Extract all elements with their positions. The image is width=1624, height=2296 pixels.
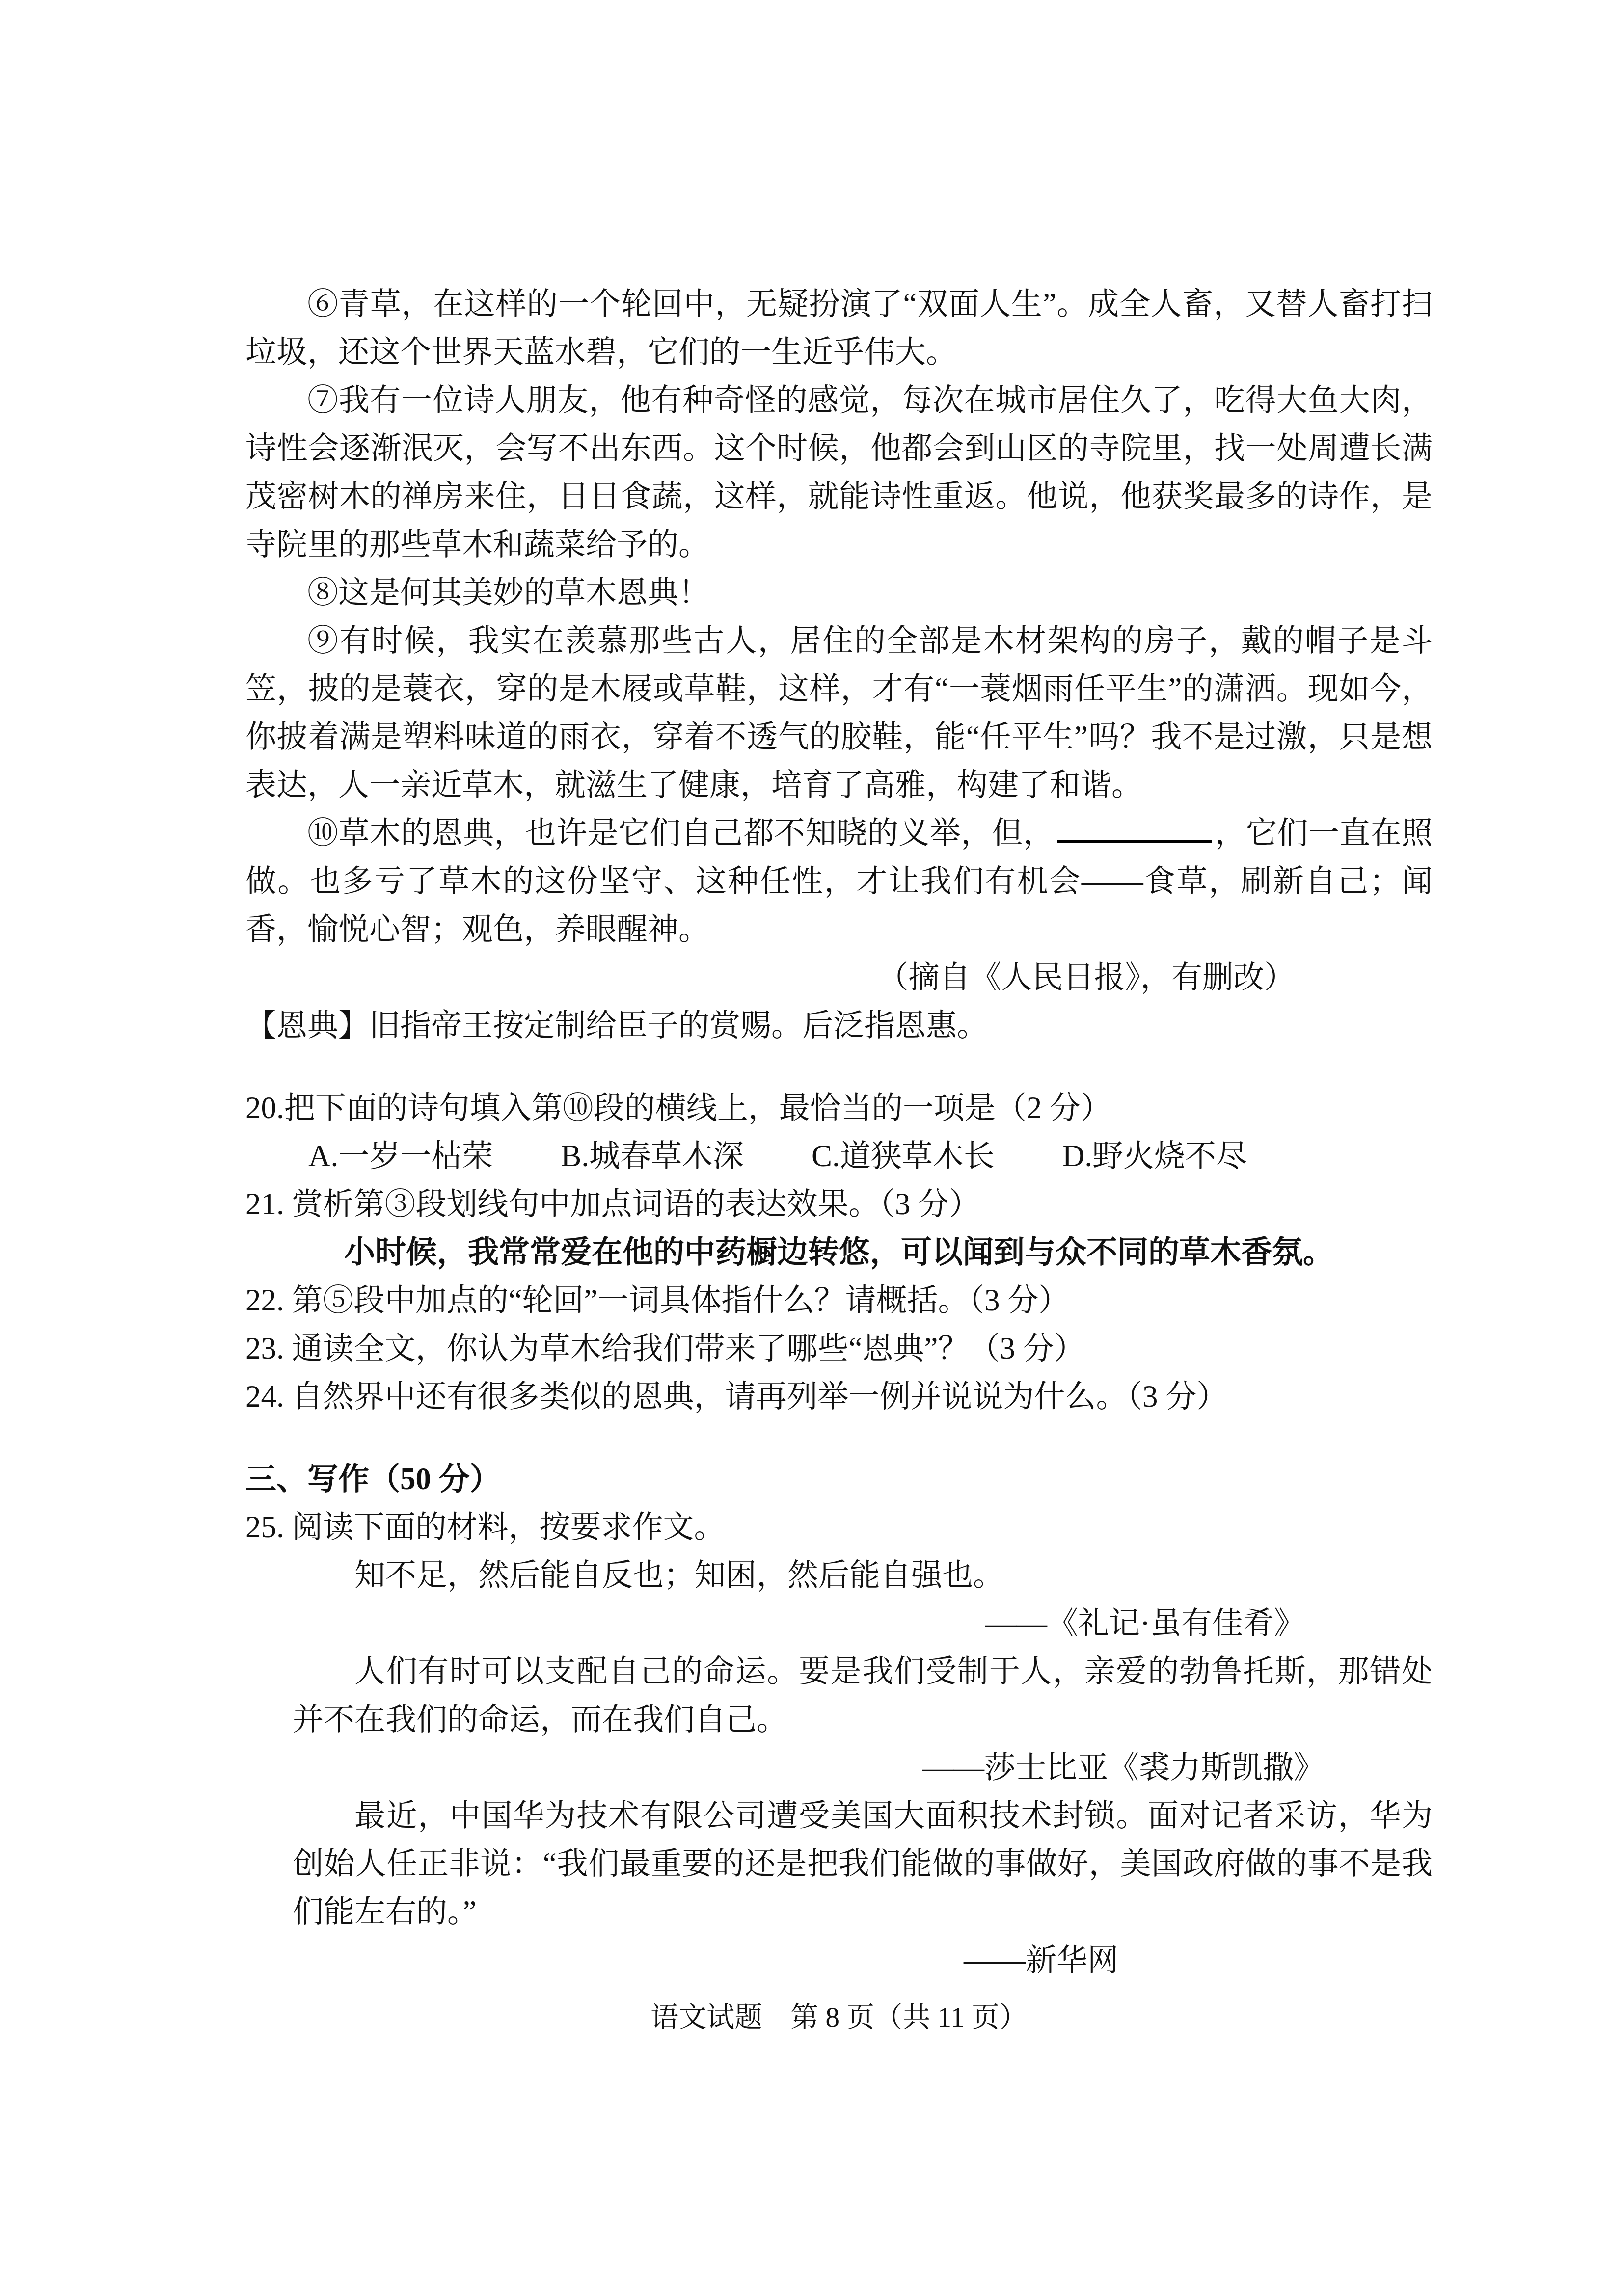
passage-paragraph-10: ⑩草木的恩典，也许是它们自己都不知晓的义举，但，，它们一直在照做。也多亏了草木的… [245,809,1433,953]
page-number-label: 语文试题 第 8 页（共 11 页） [650,2002,1027,2033]
option-c: C.道狭草木长 [812,1132,995,1180]
question-21: 21. 赏析第③段划线句中加点词语的表达效果。（3 分） [245,1180,1433,1228]
paragraph-10-text-before-blank: ⑩草木的恩典，也许是它们自己都不知晓的义举，但， [307,816,1054,850]
passage-paragraph-7: ⑦我有一位诗人朋友，他有种奇怪的感觉，每次在城市居住久了，吃得大鱼大肉，诗性会逐… [245,376,1433,568]
question-23: 23. 通读全文，你认为草木给我们带来了哪些“恩典”？（3 分） [245,1324,1433,1372]
material-3-attribution: ——新华网 [293,1936,1433,1984]
passage-paragraph-9: ⑨有时候，我实在羡慕那些古人，居住的全部是木材架构的房子，戴的帽子是斗笠，披的是… [245,616,1433,809]
passage-paragraph-6: ⑥青草，在这样的一个轮回中，无疑扮演了“双面人生”。成全人畜，又替人畜打扫垃圾，… [245,280,1433,376]
material-2-quote: 人们有时可以支配自己的命运。要是我们受制于人，亲爱的勃鲁托斯，那错处并不在我们的… [293,1647,1433,1743]
option-b: B.城春草木深 [561,1132,744,1180]
material-2-attribution: ——莎士比亚《裘力斯凯撒》 [293,1743,1433,1791]
option-d: D.野火烧不尽 [1062,1132,1247,1180]
option-a: A.一岁一枯荣 [308,1132,493,1180]
reading-questions: 20.把下面的诗句填入第⑩段的横线上，最恰当的一项是（2 分） A.一岁一枯荣 … [245,1084,1433,1420]
passage-paragraph-8: ⑧这是何其美妙的草木恩典！ [245,568,1433,616]
exam-page: ⑥青草，在这样的一个轮回中，无疑扮演了“双面人生”。成全人畜，又替人畜打扫垃圾，… [0,0,1624,2296]
page-footer: 语文试题 第 8 页（共 11 页） [245,1994,1433,2042]
material-3-quote: 最近，中国华为技术有限公司遭受美国大面积技术封锁。面对记者采访，华为创始人任正非… [293,1791,1433,1936]
question-21-quoted-sentence: 小时候，我常常爱在他的中药橱边转悠，可以闻到与众不同的草木香氛。 [245,1228,1433,1276]
word-note-endian: 【恩典】旧指帝王按定制给臣子的赏赐。后泛指恩惠。 [245,1001,1433,1049]
material-1-quote: 知不足，然后能自反也；知困，然后能自强也。 [293,1551,1433,1599]
writing-section: 三、写作（50 分） 25. 阅读下面的材料，按要求作文。 知不足，然后能自反也… [245,1455,1433,1984]
question-24: 24. 自然界中还有很多类似的恩典，请再列举一例并说说为什么。（3 分） [245,1372,1433,1420]
fill-in-blank-underline [1057,814,1212,843]
question-20-options: A.一岁一枯荣 B.城春草木深 C.道狭草木长 D.野火烧不尽 [245,1132,1433,1180]
reading-passage: ⑥青草，在这样的一个轮回中，无疑扮演了“双面人生”。成全人畜，又替人畜打扫垃圾，… [245,280,1433,1049]
passage-source-attribution: （摘自《人民日报》，有删改） [245,953,1433,1001]
question-25: 25. 阅读下面的材料，按要求作文。 [245,1503,1433,1551]
question-22: 22. 第⑤段中加点的“轮回”一词具体指什么？请概括。（3 分） [245,1276,1433,1324]
writing-materials: 知不足，然后能自反也；知困，然后能自强也。 ——《礼记·虽有佳肴》 人们有时可以… [293,1551,1433,1984]
writing-section-title: 三、写作（50 分） [245,1455,1433,1503]
question-20: 20.把下面的诗句填入第⑩段的横线上，最恰当的一项是（2 分） [245,1084,1433,1132]
material-1-attribution: ——《礼记·虽有佳肴》 [293,1599,1433,1647]
